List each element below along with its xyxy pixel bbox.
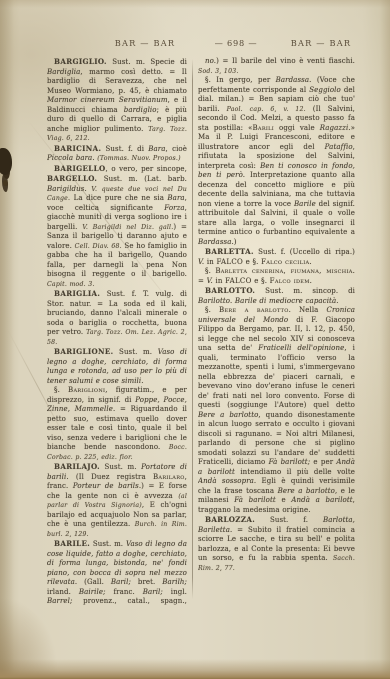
- entry-text: . Nella: [289, 306, 327, 314]
- entry-text: Fraticelli dell'opinione: [258, 344, 344, 352]
- entry-text: Barilotto. Barile di mediocre capacità.: [198, 297, 339, 305]
- entry-text: BARIGELLO: [54, 164, 105, 173]
- entry-text: Barigildus.: [47, 185, 91, 193]
- entry-text: Cell. Diav. 68.: [75, 243, 122, 250]
- entry-text: e §.: [252, 277, 270, 285]
- entry-text: Bardiglia: [47, 68, 80, 76]
- entry-text: Andà a barilott: [291, 496, 352, 504]
- dictionary-entry: §. Bere a barlotto. Nella Cronica univer…: [198, 306, 355, 515]
- entry-text: Bere a barlotto: [198, 411, 258, 419]
- entry-text: (Il Duez registra: [69, 473, 153, 481]
- entry-text: (Gall.: [77, 578, 111, 586]
- entry-text: e per: [310, 458, 336, 466]
- entry-text: ingl.: [163, 588, 187, 596]
- entry-text: BARIGLIONE.: [54, 347, 113, 356]
- entry-text: .): [231, 238, 236, 246]
- entry-text: irland.: [47, 588, 79, 596]
- entry-text: Paol. cap. 6, v. 12.: [227, 106, 306, 113]
- entry-text: in: [204, 258, 216, 266]
- text-area: BARGIGLIO. Sust. m. Specie di Bardiglia,…: [47, 57, 355, 605]
- dictionary-entry: BARICINA. Sust. f. di Bara, cioè Piccola…: [47, 144, 187, 164]
- entry-text: Sust. m. Specie di: [107, 58, 187, 66]
- entry-text: intendiamo il più delle volte: [235, 468, 355, 476]
- entry-text: Fà barilott;: [269, 458, 311, 466]
- entry-text: ) = Il barile del vino è venti fiaschi.: [216, 57, 355, 65]
- entry-text: Barile: [294, 200, 316, 208]
- entry-text: Seggiolo: [309, 86, 341, 94]
- entry-text: in: [213, 277, 225, 285]
- entry-text: BARILAJO.: [54, 462, 100, 471]
- running-head-right: BAR — BAR: [266, 38, 376, 48]
- entry-text: Barili: [252, 124, 274, 132]
- text-column-right: no.) = Il barile del vino è venti fiasch…: [198, 57, 355, 605]
- entry-text: Sod. 3, 103.: [198, 68, 239, 75]
- entry-text: bardiglio: [124, 106, 157, 114]
- dictionary-entry: BARLOZZA. Sust. f. Barlotta, Bariletta. …: [198, 515, 355, 573]
- entry-text: Bariglioni: [68, 386, 105, 394]
- dictionary-entry: no.) = Il barile del vino è venti fiasch…: [198, 57, 355, 76]
- dictionary-entry: §. Bariglioni, figuratim., e per disprez…: [47, 386, 187, 462]
- entry-text: bret.: [131, 578, 162, 586]
- entry-text: Barilaro: [153, 473, 185, 481]
- entry-text: Sust. m. sincop. di: [255, 287, 355, 295]
- entry-text: Barletta cenerina, fiumana, mischia: [215, 267, 352, 275]
- dictionary-entry: BARLOTTO. Sust. m. sincop. di Barilotto.…: [198, 286, 355, 306]
- dictionary-entry: BARLETTA. Sust. f. (Uccello di ripa.) V.…: [198, 247, 355, 267]
- entry-text: (Tommas. Nuov. Propos.): [97, 155, 180, 162]
- entry-text: Marmor cinereum Seravitianum: [47, 96, 168, 104]
- entry-text: §.: [205, 306, 219, 314]
- column-rule: [192, 59, 193, 599]
- entry-text: e §.: [243, 258, 261, 266]
- entry-text: BARIGLIA.: [54, 289, 100, 298]
- dictionary-entry: §. Barletta cenerina, fiumana, mischia. …: [198, 267, 355, 286]
- ink-speck: [3, 180, 8, 186]
- entry-text: Sust. m.: [113, 348, 157, 356]
- entry-text: Forza: [164, 204, 184, 212]
- entry-text: , o vero, per sincope,: [105, 165, 187, 173]
- dictionary-entry: BARGIGLIO. Sust. m. Specie di Bardiglia,…: [47, 57, 187, 144]
- entry-text: Barrel;: [47, 597, 72, 605]
- entry-text: Falco cecilia.: [261, 258, 312, 266]
- entry-text: e: [276, 496, 292, 504]
- entry-text: Sust. m.: [100, 463, 141, 471]
- entry-text: Sust. m. (Lat. barb.: [97, 175, 187, 183]
- entry-text: Bere a barlotto: [219, 306, 289, 314]
- entry-text: Fà barilott: [234, 496, 276, 504]
- entry-text: FALCO: [216, 258, 243, 266]
- page-edge-bottom: [0, 659, 390, 679]
- dictionary-entry: §. In gergo, per Bardassa. (Voce che per…: [198, 76, 355, 247]
- entry-text: Bardassa: [198, 238, 231, 246]
- entry-text: Ragazzi: [320, 124, 349, 132]
- entry-text: §.: [205, 267, 215, 275]
- page-edge-right: [380, 0, 390, 679]
- entry-text: FALCO: [225, 277, 252, 285]
- entry-text: Sust. f.: [255, 516, 323, 524]
- entry-text: Bere a barlotto: [278, 487, 335, 495]
- dictionary-entry: BARIGLIONE. Sust. m. Vaso di legno a dog…: [47, 347, 187, 386]
- entry-text: BARGELLO.: [47, 174, 97, 183]
- entry-text: Baril;: [143, 588, 163, 596]
- entry-text: franc.: [106, 588, 143, 596]
- entry-text: Falco idem.: [270, 277, 313, 285]
- entry-text: , cioè: [166, 145, 187, 153]
- entry-text: Sust. f. (Uccello di ripa.): [254, 248, 355, 256]
- entry-text: Bara: [148, 145, 165, 153]
- entry-text: BARLOTTO.: [205, 286, 255, 295]
- entry-text: V. Barigildi nel Diz. gall.: [82, 224, 173, 231]
- entry-text: La dice pure che ne sia: [70, 194, 167, 202]
- dictionary-entry: BARILE. Sust. m. Vaso di legno da cose l…: [47, 539, 187, 605]
- entry-text: BARICINA.: [54, 144, 101, 153]
- entry-text: oggi vale: [274, 124, 320, 132]
- book-page-scan: BAR — BAR — 698 — BAR — BAR BARGIGLIO. S…: [0, 0, 390, 679]
- entry-text: BARLOZZA.: [205, 515, 255, 524]
- page-edge-top: [0, 0, 390, 8]
- entry-text: Sust. m.: [90, 540, 126, 548]
- entry-text: Bardassa.: [276, 76, 312, 84]
- entry-text: no.: [205, 57, 216, 65]
- entry-text: Bara: [167, 194, 184, 202]
- entry-text: Porteur de barils.: [73, 482, 141, 490]
- text-column-left: BARGIGLIO. Sust. m. Specie di Bardiglia,…: [47, 57, 187, 605]
- entry-text: Bairile;: [79, 588, 106, 596]
- entry-text: Piccola bara.: [47, 154, 97, 162]
- entry-text: Baril;: [111, 578, 131, 586]
- running-head: BAR — BAR — 698 — BAR — BAR: [0, 38, 390, 50]
- entry-text: Andà sossopra.: [198, 477, 256, 485]
- entry-text: BARLETTA.: [205, 247, 254, 256]
- entry-text: BARGIGLIO.: [54, 57, 107, 66]
- entry-text: §. In gergo, per: [205, 76, 276, 84]
- dictionary-entry: BARIGLIA. Sust. f. T. vulg. di Stor. nat…: [47, 289, 187, 347]
- entry-text: Capit. mod. 3.: [47, 281, 95, 288]
- dictionary-entry: BARILAJO. Sust. m. Portatore di barili. …: [47, 462, 187, 539]
- entry-text: Sust. f. di: [101, 145, 148, 153]
- entry-text: §.: [54, 386, 68, 394]
- entry-text: Pataffio: [325, 143, 353, 151]
- entry-text: , i quali, terminato l'officio verso la …: [198, 344, 355, 409]
- entry-text: BARILE.: [54, 539, 90, 548]
- entry-text: Barilh;: [162, 578, 187, 586]
- dictionary-entry: BARIGELLO, o vero, per sincope, BARGELLO…: [47, 164, 187, 290]
